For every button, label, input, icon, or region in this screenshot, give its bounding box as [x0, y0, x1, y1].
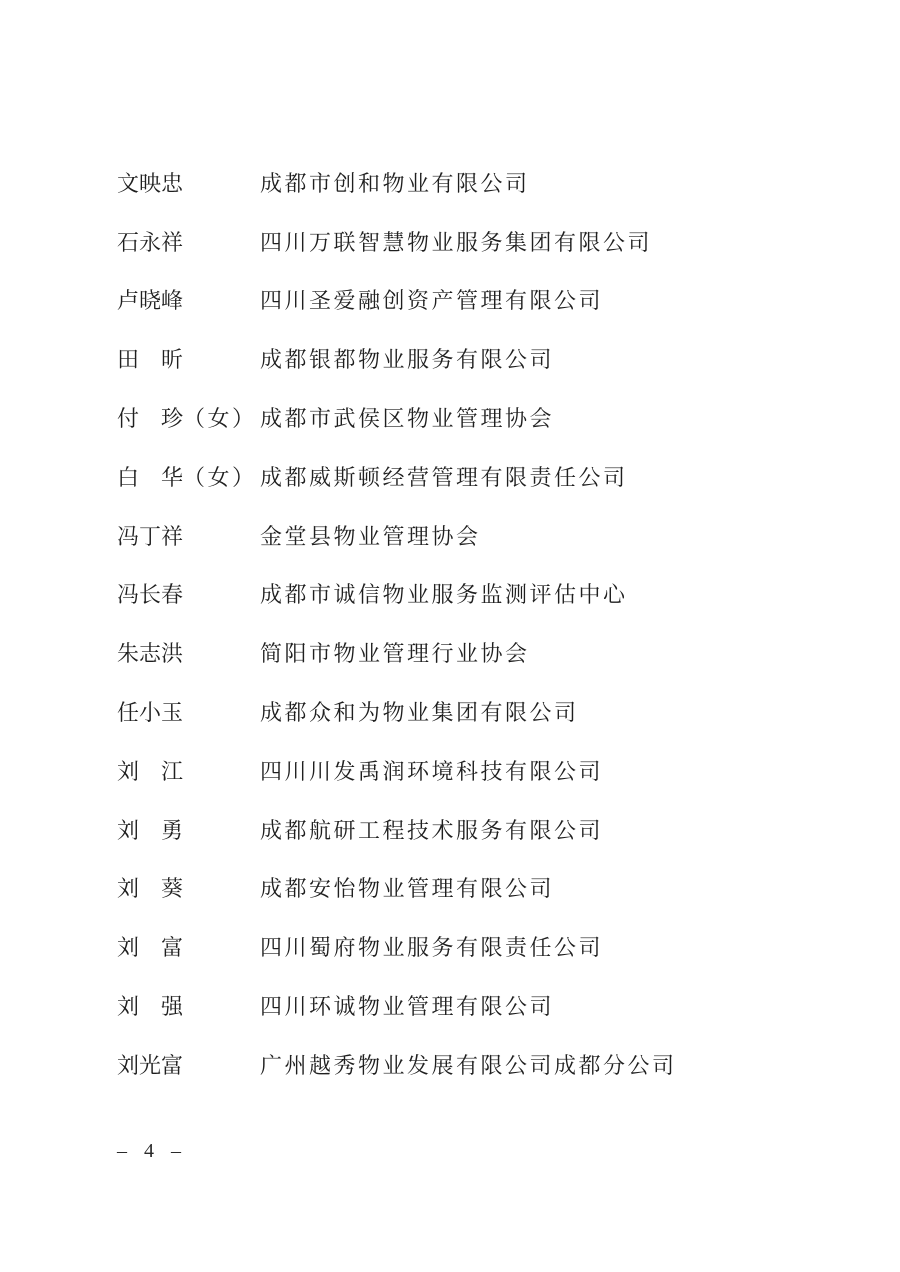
- entry-row: 石永祥 四川万联智慧物业服务集团有限公司: [117, 212, 840, 271]
- person-name: 刘 强: [117, 990, 260, 1021]
- entries-list: 文映忠 成都市创和物业有限公司 石永祥 四川万联智慧物业服务集团有限公司 卢晓峰…: [117, 153, 840, 1094]
- company-name: 成都威斯顿经营管理有限责任公司: [260, 461, 628, 492]
- company-name: 成都市创和物业有限公司: [260, 167, 530, 198]
- company-name: 四川蜀府物业服务有限责任公司: [260, 931, 603, 962]
- person-name: 文映忠: [117, 167, 260, 198]
- entry-row: 田 昕 成都银都物业服务有限公司: [117, 329, 840, 388]
- company-name: 四川圣爱融创资产管理有限公司: [260, 284, 603, 315]
- person-name-text: 田 昕: [117, 347, 183, 372]
- gender-suffix: （女）: [183, 465, 257, 490]
- person-name: 白 华（女）: [117, 461, 260, 492]
- person-name-text: 白 华: [117, 465, 183, 490]
- entry-row: 刘 葵 成都安怡物业管理有限公司: [117, 859, 840, 918]
- entry-row: 刘光富 广州越秀物业发展有限公司成都分公司: [117, 1035, 840, 1094]
- person-name-text: 石永祥: [117, 230, 183, 255]
- person-name-text: 文映忠: [117, 171, 183, 196]
- entry-row: 刘 强 四川环诚物业管理有限公司: [117, 976, 840, 1035]
- person-name: 刘 葵: [117, 872, 260, 903]
- person-name-text: 刘 强: [117, 994, 183, 1019]
- person-name: 刘光富: [117, 1049, 260, 1080]
- person-name-text: 付 珍: [117, 406, 183, 431]
- entry-row: 刘 富 四川蜀府物业服务有限责任公司: [117, 917, 840, 976]
- company-name: 成都银都物业服务有限公司: [260, 343, 554, 374]
- person-name-text: 刘 江: [117, 759, 183, 784]
- document-page: 文映忠 成都市创和物业有限公司 石永祥 四川万联智慧物业服务集团有限公司 卢晓峰…: [0, 0, 900, 1272]
- company-name: 成都众和为物业集团有限公司: [260, 696, 579, 727]
- person-name: 任小玉: [117, 696, 260, 727]
- company-name: 成都市武侯区物业管理协会: [260, 402, 554, 433]
- entry-row: 刘 勇 成都航研工程技术服务有限公司: [117, 800, 840, 859]
- person-name: 田 昕: [117, 343, 260, 374]
- person-name: 刘 江: [117, 755, 260, 786]
- company-name: 成都航研工程技术服务有限公司: [260, 814, 603, 845]
- company-name: 简阳市物业管理行业协会: [260, 637, 530, 668]
- entry-row: 卢晓峰 四川圣爱融创资产管理有限公司: [117, 271, 840, 330]
- entry-row: 冯长春 成都市诚信物业服务监测评估中心: [117, 565, 840, 624]
- entry-row: 刘 江 四川川发禹润环境科技有限公司: [117, 741, 840, 800]
- company-name: 四川川发禹润环境科技有限公司: [260, 755, 603, 786]
- person-name: 卢晓峰: [117, 284, 260, 315]
- company-name: 四川环诚物业管理有限公司: [260, 990, 554, 1021]
- person-name: 刘 富: [117, 931, 260, 962]
- entry-row: 文映忠 成都市创和物业有限公司: [117, 153, 840, 212]
- company-name: 广州越秀物业发展有限公司成都分公司: [260, 1049, 677, 1080]
- person-name: 刘 勇: [117, 814, 260, 845]
- person-name-text: 刘 富: [117, 935, 183, 960]
- company-name: 金堂县物业管理协会: [260, 520, 481, 551]
- person-name-text: 刘光富: [117, 1053, 183, 1078]
- person-name-text: 朱志洪: [117, 641, 183, 666]
- entry-row: 冯丁祥 金堂县物业管理协会: [117, 506, 840, 565]
- person-name-text: 冯长春: [117, 582, 183, 607]
- person-name: 冯长春: [117, 578, 260, 609]
- entry-row: 朱志洪 简阳市物业管理行业协会: [117, 623, 840, 682]
- person-name-text: 任小玉: [117, 700, 183, 725]
- company-name: 四川万联智慧物业服务集团有限公司: [260, 226, 652, 257]
- person-name-text: 刘 勇: [117, 818, 183, 843]
- entry-row: 付 珍（女） 成都市武侯区物业管理协会: [117, 388, 840, 447]
- person-name-text: 刘 葵: [117, 876, 183, 901]
- person-name: 冯丁祥: [117, 520, 260, 551]
- person-name: 朱志洪: [117, 637, 260, 668]
- person-name: 石永祥: [117, 226, 260, 257]
- company-name: 成都市诚信物业服务监测评估中心: [260, 578, 628, 609]
- person-name-text: 卢晓峰: [117, 288, 183, 313]
- entry-row: 白 华（女） 成都威斯顿经营管理有限责任公司: [117, 447, 840, 506]
- page-number: – 4 –: [117, 1140, 187, 1163]
- gender-suffix: （女）: [183, 406, 257, 431]
- person-name-text: 冯丁祥: [117, 524, 183, 549]
- entry-row: 任小玉 成都众和为物业集团有限公司: [117, 682, 840, 741]
- person-name: 付 珍（女）: [117, 402, 260, 433]
- company-name: 成都安怡物业管理有限公司: [260, 872, 554, 903]
